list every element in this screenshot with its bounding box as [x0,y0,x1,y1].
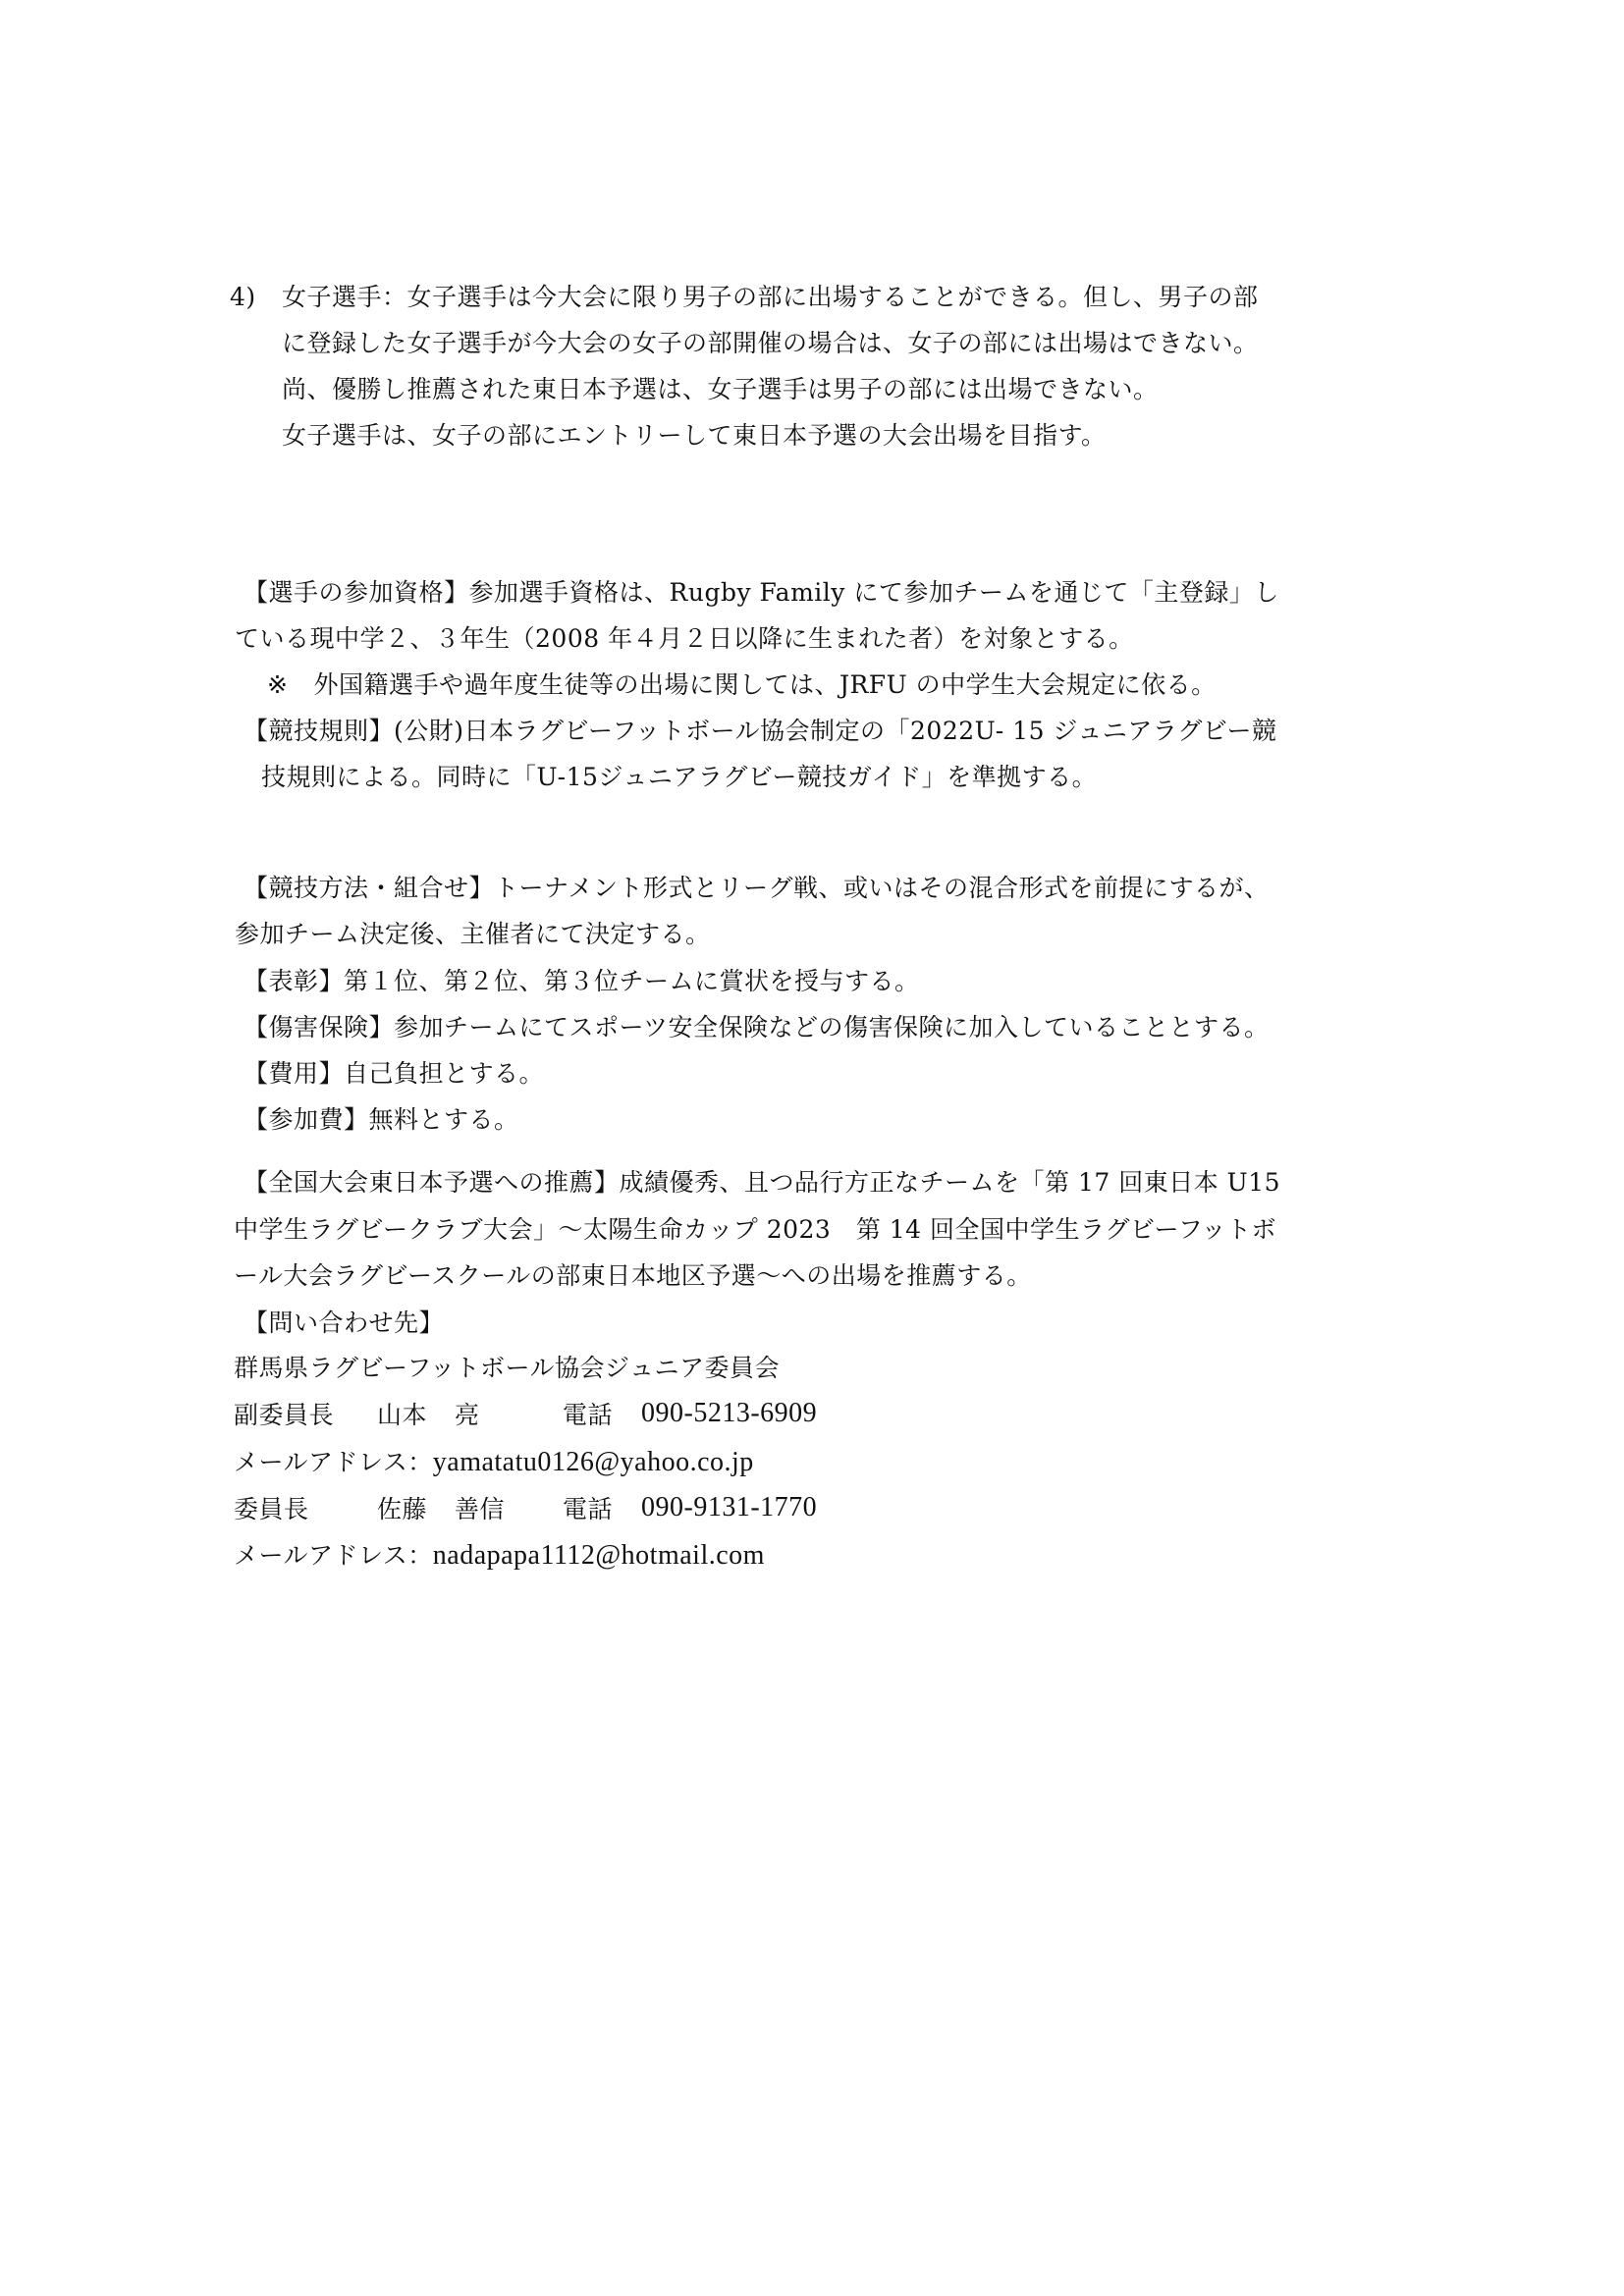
awards-text: 第１位、第２位、第３位チームに賞状を授与する。 [344,967,920,995]
awards-heading: 【表彰】 [244,967,344,995]
rules-line-1: 【競技規則】(公財)日本ラグビーフットボール協会制定の「2022U- 15 ジュ… [244,715,1276,748]
method-text-1: トーナメント形式とリーグ戦、或いはその混合形式を前提にするが、 [494,874,1270,902]
recommendation-line-1: 【全国大会東日本予選への推薦】成績優秀、且つ品行方正なチームを「第 17 回東日… [244,1166,1280,1200]
contact-person-1-role: 副委員長 [234,1399,334,1432]
expenses-text: 自己負担とする。 [344,1059,544,1088]
fee-heading: 【参加費】 [244,1105,369,1134]
document-page: 4) 女子選手：女子選手は今大会に限り男子の部に出場することができる。但し、男子… [0,0,1624,2296]
eligibility-heading: 【選手の参加資格】 [244,578,469,607]
eligibility-note: ※外国籍選手や過年度生徒等の出場に関しては、JRFU の中学生大会規定に依る。 [267,668,1217,702]
recommendation-text-1: 成績優秀、且つ品行方正なチームを「第 17 回東日本 U15 [620,1168,1281,1197]
rules-line-2: 技規則による。同時に「U-15ジュニアラグビー競技ガイド」を準拠する。 [261,761,1097,794]
contact-person-1-email-label: メールアドレス： [234,1448,433,1476]
eligibility-text-1: 参加選手資格は、Rugby Family にて参加チームを通じて「主登録」し [469,578,1279,607]
contact-person-2-phone: 090-9131-1770 [641,1491,817,1524]
section4-line-2: に登録した女子選手が今大会の女子の部開催の場合は、女子の部には出場はできない。 [282,327,1259,360]
note-mark-icon: ※ [267,670,288,699]
method-heading: 【競技方法・組合せ】 [244,874,494,902]
contact-person-1-phone: 090-5213-6909 [641,1397,817,1430]
contact-organization: 群馬県ラグビーフットボール協会ジュニア委員会 [234,1352,780,1385]
insurance-text: 参加チームにてスポーツ安全保険などの傷害保険に加入していることとする。 [394,1013,1270,1041]
section4-line-3: 尚、優勝し推薦された東日本予選は、女子選手は男子の部には出場できない。 [282,373,1159,406]
method-line-2: 参加チーム決定後、主催者にて決定する。 [235,918,711,951]
fee-text: 無料とする。 [369,1105,519,1134]
eligibility-line-2: ている現中学２、３年生（2008 年４月２日以降に生まれた者）を対象とする。 [235,622,1134,656]
contact-person-1-surname: 山本 [377,1399,427,1432]
fee-line: 【参加費】無料とする。 [244,1103,519,1137]
contact-person-1-email[interactable]: yamatatu0126@yahoo.co.jp [433,1447,754,1477]
eligibility-line-1: 【選手の参加資格】参加選手資格は、Rugby Family にて参加チームを通じ… [244,576,1279,610]
contact-person-1-phone-label: 電話 [563,1399,613,1432]
insurance-heading: 【傷害保険】 [244,1013,394,1041]
rules-text-1: (公財)日本ラグビーフットボール協会制定の「2022U- 15 ジュニアラグビー… [394,717,1276,745]
contact-person-2-role: 委員長 [234,1493,309,1526]
section4-marker: 4) [230,281,256,314]
contact-person-2-surname: 佐藤 [377,1493,427,1526]
contact-person-2-phone-label: 電話 [563,1493,613,1526]
contact-person-1-email-row: メールアドレス：yamatatu0126@yahoo.co.jp [234,1446,754,1479]
eligibility-note-text: 外国籍選手や過年度生徒等の出場に関しては、JRFU の中学生大会規定に依る。 [313,670,1216,699]
contact-person-2-email-row: メールアドレス：nadapapa1112@hotmail.com [234,1539,765,1573]
method-line-1: 【競技方法・組合せ】トーナメント形式とリーグ戦、或いはその混合形式を前提にするが… [244,872,1270,905]
section4-line-4: 女子選手は、女子の部にエントリーして東日本予選の大会出場を目指す。 [282,419,1107,453]
contact-person-2-email[interactable]: nadapapa1112@hotmail.com [433,1540,765,1571]
expenses-line: 【費用】自己負担とする。 [244,1057,544,1091]
rules-heading: 【競技規則】 [244,717,394,745]
contact-person-2-given: 善信 [455,1493,505,1526]
recommendation-heading: 【全国大会東日本予選への推薦】 [244,1168,620,1197]
recommendation-line-3: ール大会ラグビースクールの部東日本地区予選～への出場を推薦する。 [234,1259,1032,1293]
contact-person-2-email-label: メールアドレス： [234,1541,433,1570]
contact-heading: 【問い合わせ先】 [244,1307,444,1340]
awards-line: 【表彰】第１位、第２位、第３位チームに賞状を授与する。 [244,965,920,998]
insurance-line: 【傷害保険】参加チームにてスポーツ安全保険などの傷害保険に加入していることとする… [244,1011,1270,1044]
section4-line-1: 女子選手：女子選手は今大会に限り男子の部に出場することができる。但し、男子の部 [282,281,1259,314]
contact-person-1-given: 亮 [455,1399,480,1432]
recommendation-line-2: 中学生ラグビークラブ大会」～太陽生命カップ 2023 第 14 回全国中学生ラグ… [234,1213,1276,1247]
expenses-heading: 【費用】 [244,1059,344,1088]
